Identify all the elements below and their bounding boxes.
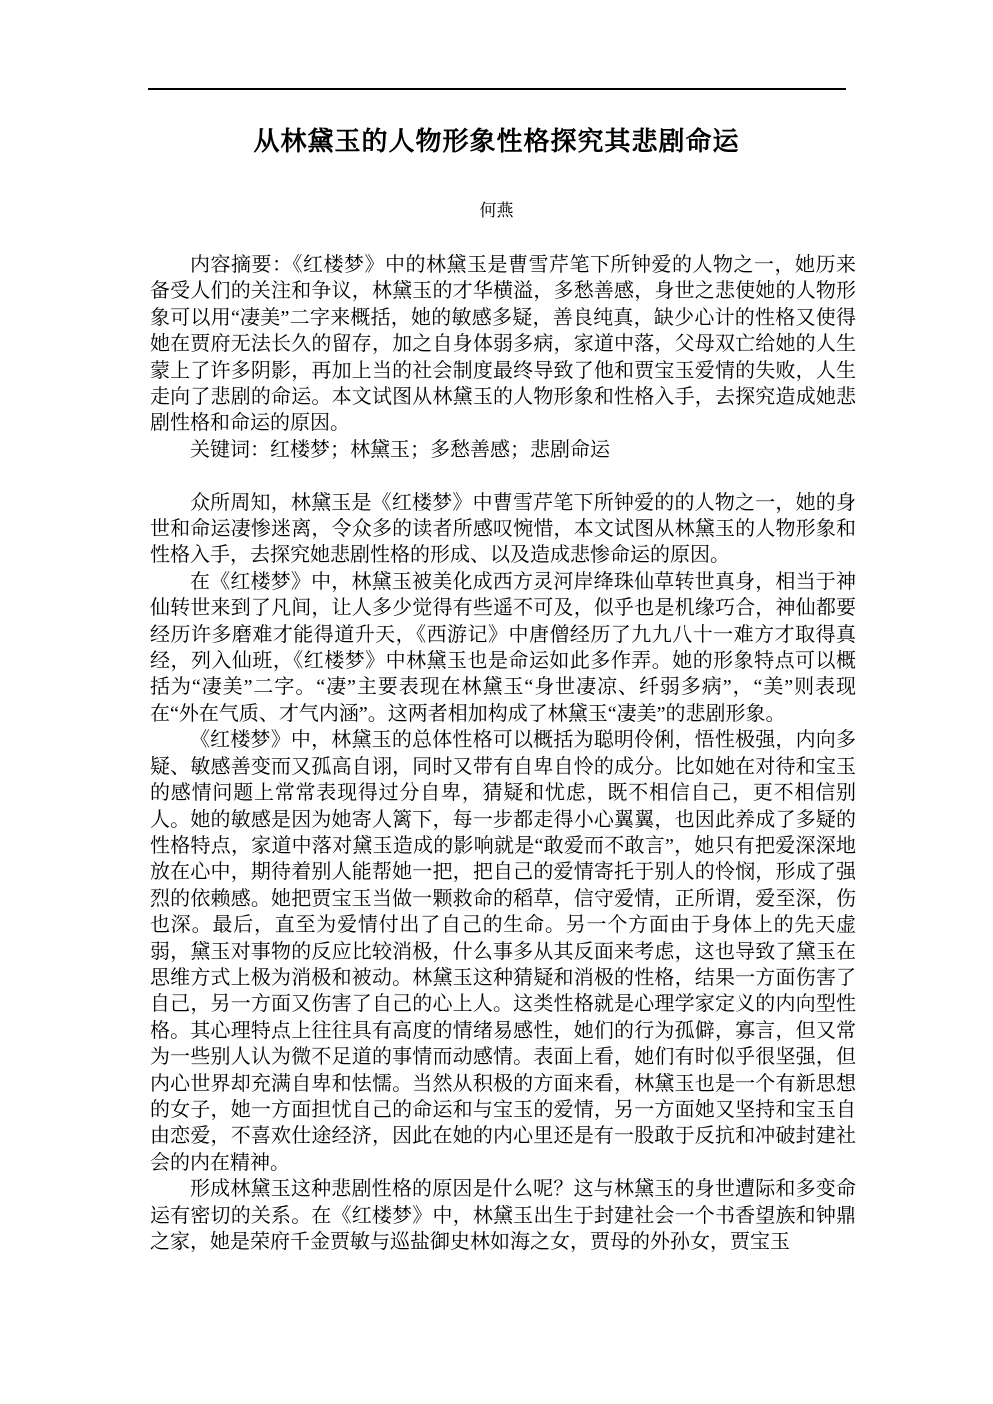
keywords-paragraph: 关键词：红楼梦；林黛玉；多愁善感；悲剧命运: [150, 437, 856, 463]
abstract-paragraph: 内容摘要：《红楼梦》中的林黛玉是曹雪芹笔下所钟爱的人物之一，她历来备受人们的关注…: [150, 252, 856, 437]
keywords-text: 红楼梦；林黛玉；多愁善感；悲剧命运: [270, 439, 610, 461]
header-rule: [148, 88, 846, 90]
body-paragraph: 《红楼梦》中，林黛玉的总体性格可以概括为聪明伶俐，悟性极强，内向多疑、敏感善变而…: [150, 727, 856, 1176]
abstract-text: 《红楼梦》中的林黛玉是曹雪芹笔下所钟爱的人物之一，她历来备受人们的关注和争议，林…: [150, 254, 856, 434]
document-page: 从林黛玉的人物形象性格探究其悲剧命运 何燕 内容摘要：《红楼梦》中的林黛玉是曹雪…: [0, 0, 993, 1404]
body-paragraph: 众所周知，林黛玉是《红楼梦》中曹雪芹笔下所钟爱的的人物之一，她的身世和命运凄惨迷…: [150, 490, 856, 569]
body-paragraph: 形成林黛玉这种悲剧性格的原因是什么呢？这与林黛玉的身世遭际和多变命运有密切的关系…: [150, 1176, 856, 1255]
body-paragraph: 在《红楼梦》中，林黛玉被美化成西方灵河岸绛珠仙草转世真身，相当于神仙转世来到了凡…: [150, 569, 856, 727]
blank-line: [150, 463, 856, 489]
document-body: 内容摘要：《红楼梦》中的林黛玉是曹雪芹笔下所钟爱的人物之一，她历来备受人们的关注…: [150, 252, 856, 1255]
document-title: 从林黛玉的人物形象性格探究其悲剧命运: [0, 124, 993, 158]
abstract-label: 内容摘要：: [190, 254, 293, 276]
keywords-label: 关键词：: [190, 439, 270, 461]
author-name: 何燕: [0, 199, 993, 222]
